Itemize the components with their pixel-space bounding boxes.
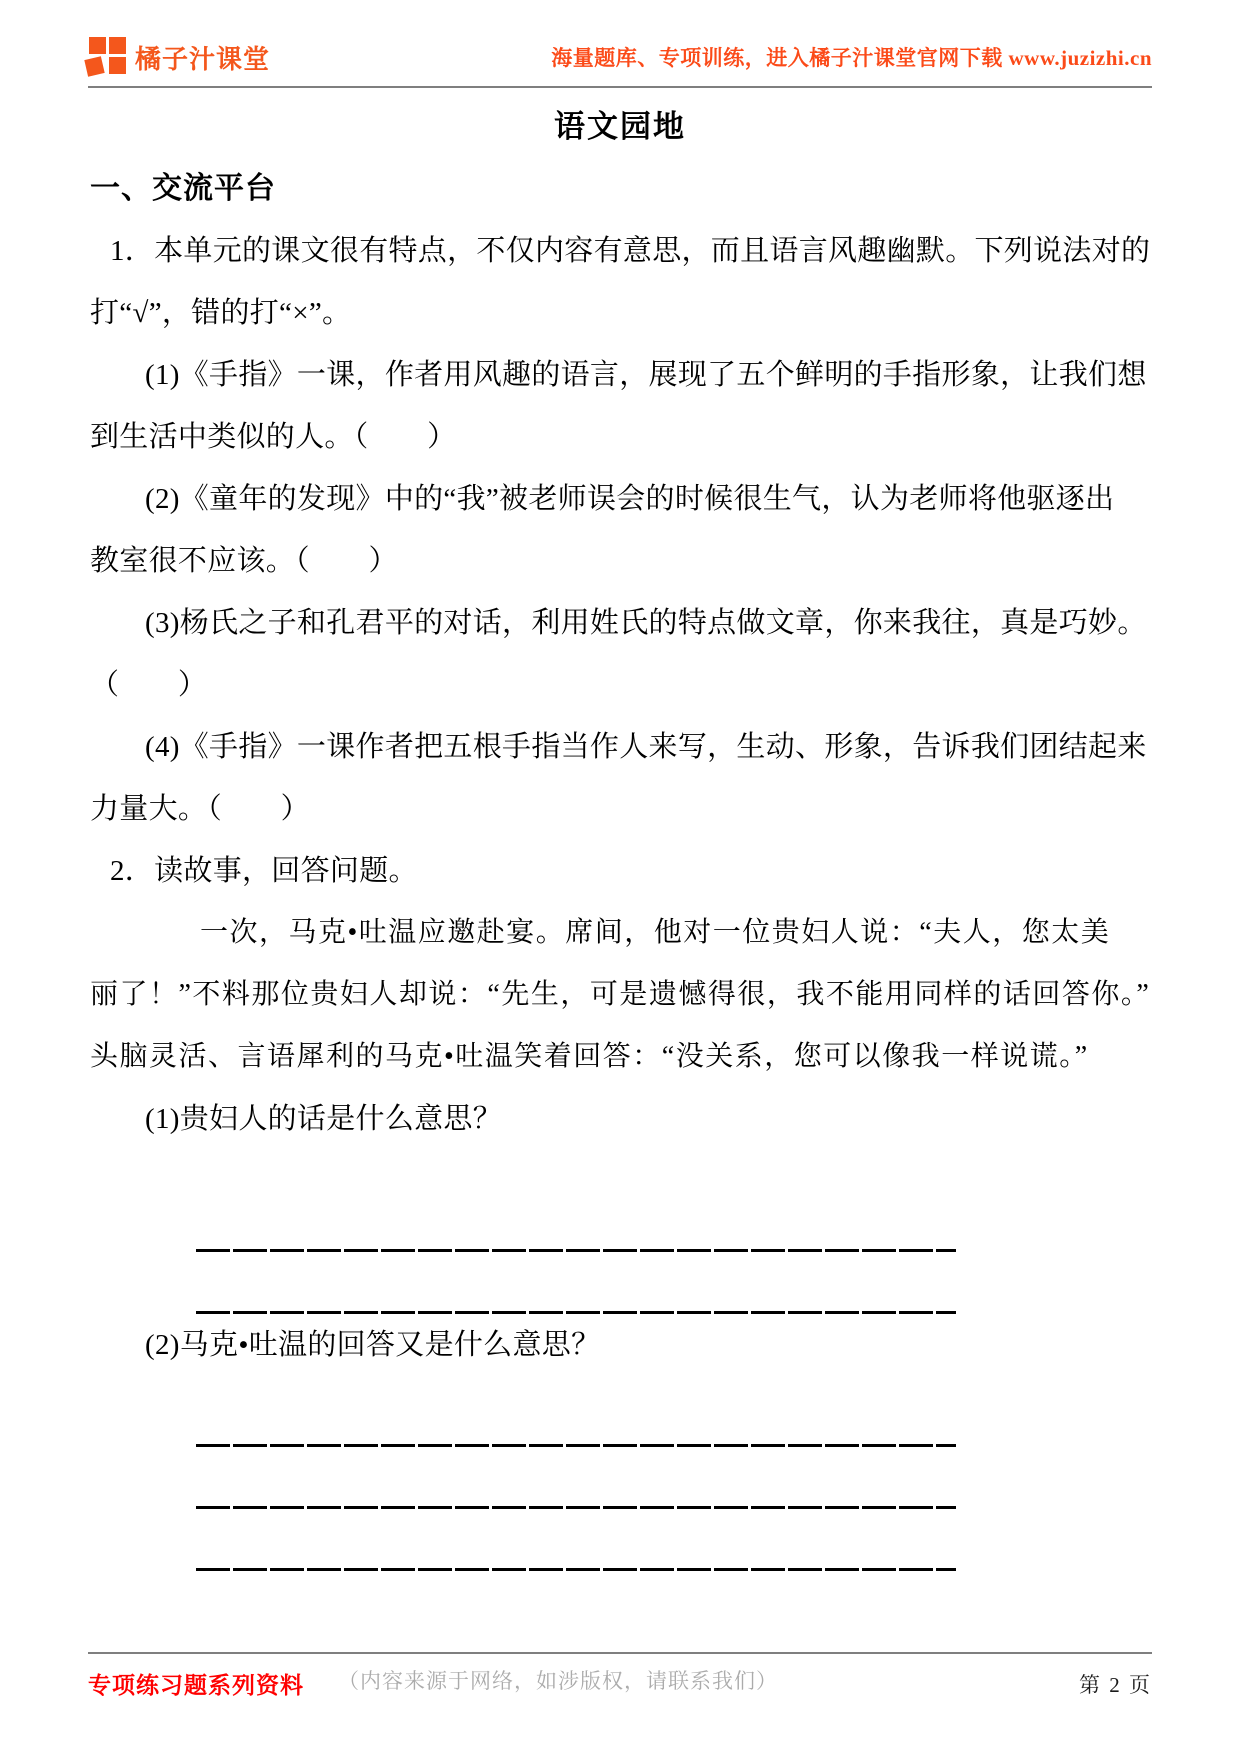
- answer-line: [196, 1447, 956, 1509]
- brand: 橘子汁课堂: [88, 36, 270, 78]
- answer-line: [196, 1385, 956, 1447]
- page-title: 语文园地: [90, 96, 1150, 158]
- header-slogan: 海量题库、专项训练，进入橘子汁课堂官网下载 www.juzizhi.cn: [551, 42, 1152, 72]
- page-header: 橘子汁课堂 海量题库、专项训练，进入橘子汁课堂官网下载 www.juzizhi.…: [88, 34, 1152, 80]
- page-footer: 专项练习题系列资料 （内容来源于网络，如涉版权，请联系我们） 第 2 页: [88, 1652, 1152, 1700]
- answer-line: [196, 1509, 956, 1571]
- q2-sub-question-2: (2)马克•吐温的回答又是什么意思？: [90, 1314, 1150, 1376]
- logo-icon: [88, 36, 128, 78]
- q1-item-4-line-2: 力量大。（ ）: [90, 778, 1150, 840]
- question-2-line-1: 2．读故事，回答问题。: [90, 840, 1150, 902]
- brand-name: 橘子汁课堂: [135, 39, 270, 76]
- story-line-2: 丽了！”不料那位贵妇人却说：“先生，可是遗憾得很，我不能用同样的话回答你。”: [90, 964, 1150, 1026]
- story-line-1: 一次，马克•吐温应邀赴宴。席间，他对一位贵妇人说：“夫人，您太美: [90, 902, 1150, 964]
- footer-page-number: 第 2 页: [1079, 1669, 1152, 1699]
- answer-line: [196, 1190, 956, 1252]
- q1-item-1-line-1: (1)《手指》一课，作者用风趣的语言，展现了五个鲜明的手指形象，让我们想: [90, 344, 1150, 406]
- worksheet-page: 橘子汁课堂 海量题库、专项训练，进入橘子汁课堂官网下载 www.juzizhi.…: [0, 0, 1240, 1754]
- header-divider: [88, 86, 1152, 88]
- q1-item-2-line-1: (2)《童年的发现》中的“我”被老师误会的时候很生气，认为老师将他驱逐出: [90, 468, 1150, 530]
- footer-disclaimer: （内容来源于网络，如涉版权，请联系我们）: [338, 1665, 778, 1695]
- content-area: 语文园地 一、交流平台 1．本单元的课文很有特点，不仅内容有意思，而且语言风趣幽…: [90, 96, 1150, 1571]
- story-line-3: 头脑灵活、言语犀利的马克•吐温笑着回答：“没关系，您可以像我一样说谎。”: [90, 1026, 1150, 1088]
- q1-item-2-line-2: 教室很不应该。（ ）: [90, 530, 1150, 592]
- question-1-line-2: 打“√”，错的打“×”。: [90, 282, 1150, 344]
- question-1-line-1: 1．本单元的课文很有特点，不仅内容有意思，而且语言风趣幽默。下列说法对的: [90, 220, 1150, 282]
- q1-item-1-line-2: 到生活中类似的人。（ ）: [90, 406, 1150, 468]
- q1-item-3-line-1: (3)杨氏之子和孔君平的对话，利用姓氏的特点做文章，你来我往，真是巧妙。: [90, 592, 1150, 654]
- q2-sub-question-1: (1)贵妇人的话是什么意思？: [90, 1088, 1150, 1150]
- section-heading: 一、交流平台: [90, 158, 1150, 220]
- footer-series-label: 专项练习题系列资料: [88, 1667, 304, 1700]
- q1-item-3-line-2: （ ）: [90, 654, 1150, 716]
- q1-item-4-line-1: (4)《手指》一课作者把五根手指当作人来写，生动、形象，告诉我们团结起来: [90, 716, 1150, 778]
- answer-line: [196, 1252, 956, 1314]
